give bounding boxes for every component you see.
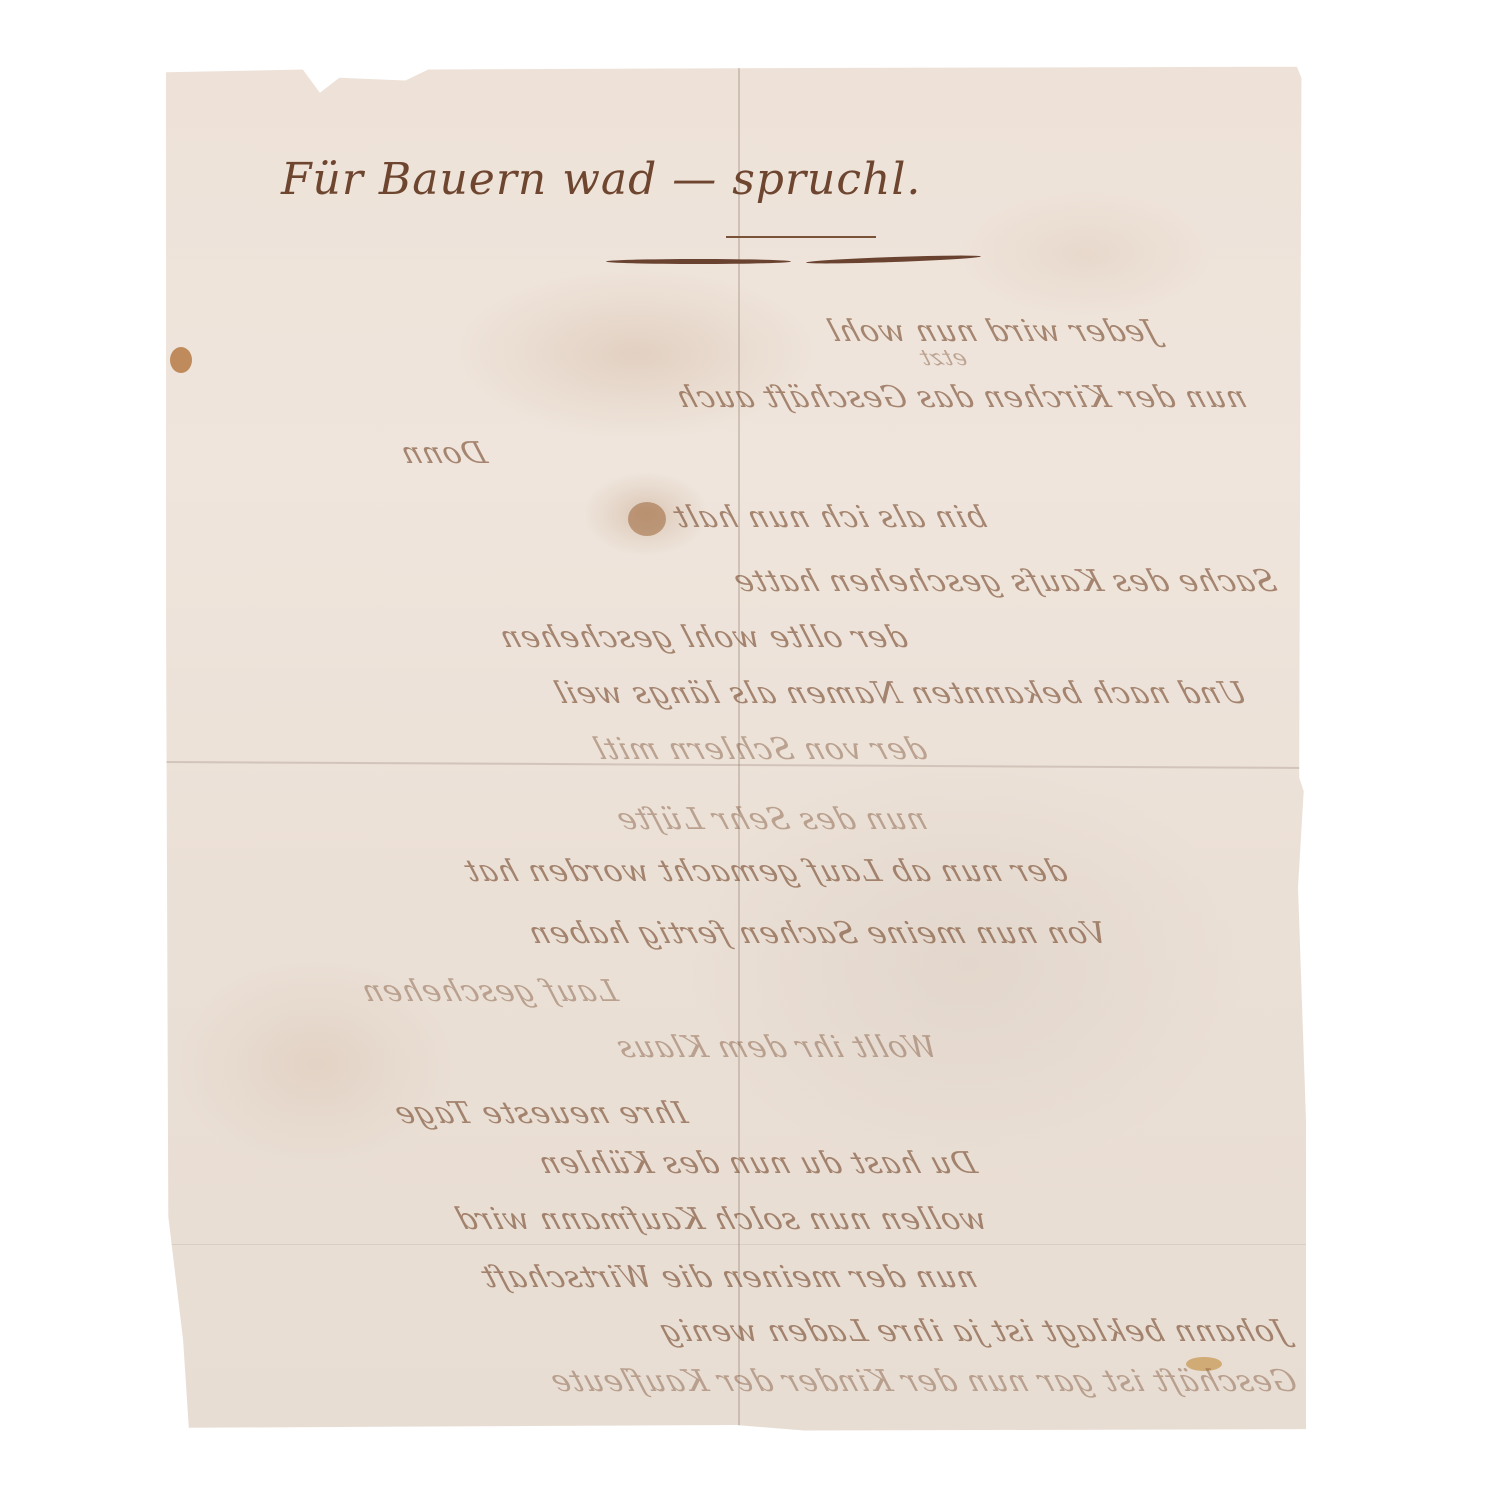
heading-underline-flourish-left — [606, 259, 791, 264]
document-heading: Für Bauern wad — spruchl. — [281, 154, 921, 205]
ink-stain-left — [170, 347, 192, 373]
document-paper: Für Bauern wad — spruchl. Jeder wird nun… — [166, 64, 1306, 1436]
bleed-through-line: Wollt ihr dem Klaus — [611, 1030, 941, 1065]
ink-stain-center — [628, 502, 666, 536]
bleed-through-line: Jeder wird nun wohl — [822, 314, 1162, 349]
bleed-through-line: der nun ab Lauf gemacht worden hat — [459, 854, 1071, 889]
bleed-through-line: Du hast du nun des Kühlen — [534, 1146, 982, 1181]
bleed-through-line: nun der Kirchen das Geschäft auch — [671, 380, 1252, 415]
bleed-through-line: etzt — [916, 346, 970, 371]
bleed-through-line: Johann beklagt ist ja ihre Laden wenig — [654, 1314, 1291, 1349]
bleed-through-line: bin als ich nun halt — [669, 500, 992, 535]
bleed-through-line: nun des Sehr Lüfte — [611, 802, 931, 837]
bleed-through-line: wollen nun solch Kaufmann wird — [451, 1202, 992, 1237]
bleed-through-line: Von nun meine Sachen fertig haben — [523, 916, 1111, 951]
bleed-through-line: Donn — [396, 436, 492, 471]
bleed-through-line: Geschäft ist gar nun der Kinder der Kauf… — [545, 1364, 1301, 1399]
crease-line — [166, 1244, 1306, 1245]
bleed-through-line: Sache des Kaufs geschehen hatte — [729, 564, 1282, 599]
bleed-through-line: Und nach bekannten Namen als längs weil — [550, 676, 1252, 711]
bleed-through-line: Lauf geschehen — [356, 974, 622, 1009]
heading-strike-line — [726, 236, 876, 238]
bleed-through-line: Ihre neueste Tage — [389, 1096, 692, 1131]
bleed-through-line: der ollte wohl geschehen — [494, 620, 912, 655]
bleed-through-line: der von Schlern mitl — [589, 732, 932, 767]
bleed-through-line: nun der meinen die Wirtschaft — [476, 1260, 981, 1295]
heading-underline-flourish-right — [806, 254, 981, 265]
